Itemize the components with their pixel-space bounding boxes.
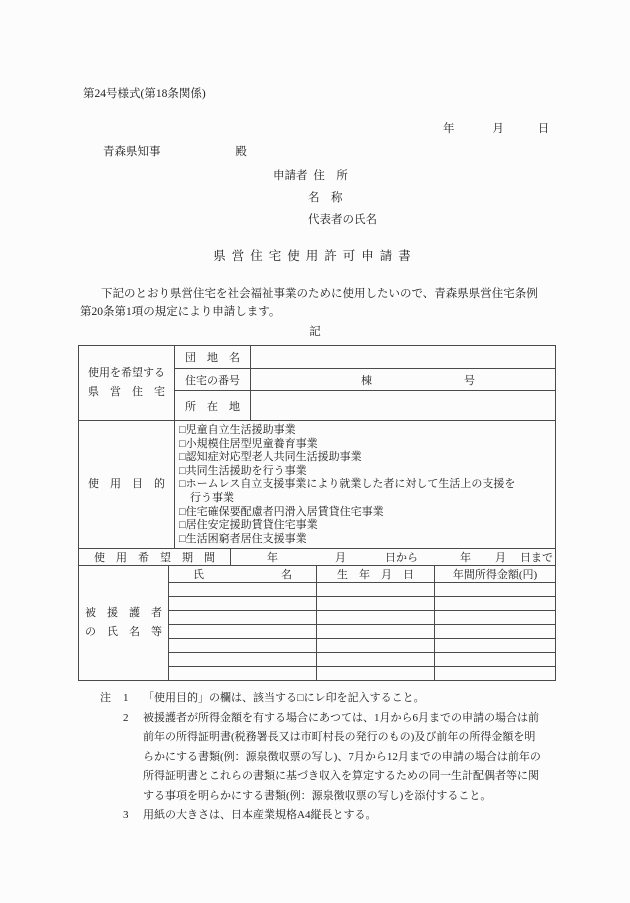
purpose-option-label: 認知症対応型老人共同生活援助事業 (186, 451, 362, 463)
beneficiary-name-cell (169, 639, 317, 652)
note-line: 前年の所得証明書(税務署長又は市町村長の発行のもの)及び前年の所得金額を明 (143, 728, 630, 748)
period-from-month-label: 月 (335, 549, 346, 565)
purpose-section: 使 用 目 的 □児童自立生活援助事業 □小規模住居型児童養育事業 □認知症対応… (79, 421, 555, 549)
location-row: 所 在 地 (175, 390, 555, 420)
date-line: 年 月 日 (443, 120, 630, 136)
purpose-option-label: 児童自立生活援助事業 (186, 424, 296, 436)
applicant-representative-label: 代表者の氏名 (308, 211, 630, 227)
beneficiary-row (169, 582, 555, 596)
checkbox-icon: □ (179, 519, 186, 531)
birthdate-column-header: 生 年 月 日 (317, 566, 435, 582)
period-from-day-label: 日から (385, 549, 418, 565)
beneficiary-birthdate-cell (317, 667, 435, 680)
beneficiary-income-cell (435, 611, 555, 624)
estate-name-label: 団 地 名 (175, 346, 251, 368)
body-paragraph-line2: 第20条第1項の規定により申請します。 (80, 303, 630, 321)
beneficiary-income-cell (435, 639, 555, 652)
purpose-option-label: 住宅確保要配慮者円滑入居賃貸住宅事業 (186, 506, 384, 518)
form-number: 第24号様式(第18条関係) (83, 85, 630, 101)
body-paragraph: 下記のとおり県営住宅を社会福祉事業のために使用したいので、青森県県営住宅条例 第… (80, 285, 630, 321)
period-to-month-label: 月 (495, 549, 506, 565)
period-to-year-label: 年 (460, 549, 471, 565)
applicant-name-label: 名 称 (308, 189, 630, 205)
purpose-option-continuation: 行う事業 (179, 492, 551, 506)
housing-number-label: 住宅の番号 (175, 369, 251, 390)
note-line: 「使用目的」の欄は、該当する□にレ印を記入すること。 (143, 689, 630, 709)
note-item-2: 2 被援護者が所得金額を有する場合にあつては、1月から6月までの申請の場合は前 … (100, 709, 630, 807)
purpose-option-label: 共同生活援助を行う事業 (186, 465, 307, 477)
beneficiary-row (169, 666, 555, 680)
applicant-address-line: 申請者 住 所 (273, 167, 630, 183)
beneficiary-row (169, 624, 555, 638)
location-label: 所 在 地 (175, 391, 251, 420)
unit-number-label: 号 (464, 372, 475, 388)
housing-section-rows: 団 地 名 住宅の番号 棟 号 所 在 地 (175, 346, 555, 420)
beneficiary-birthdate-cell (317, 625, 435, 638)
beneficiaries-grid: 氏 名 生 年 月 日 年間所得金額(円) (169, 566, 555, 680)
beneficiary-income-cell (435, 597, 555, 610)
beneficiaries-label-line2: の 氏 名 等 (85, 623, 162, 642)
beneficiary-birthdate-cell (317, 611, 435, 624)
beneficiary-row (169, 638, 555, 652)
note-line: 用紙の大きさは、日本産業規格A4縦長とする。 (143, 806, 630, 826)
purpose-option: □認知症対応型老人共同生活援助事業 (179, 451, 551, 465)
applicant-label: 申請者 (273, 170, 308, 182)
beneficiaries-section-label: 被 援 護 者 の 氏 名 等 (79, 566, 169, 680)
checkbox-icon: □ (179, 478, 186, 490)
beneficiary-income-cell (435, 653, 555, 666)
estate-name-field (251, 346, 555, 368)
purpose-options: □児童自立生活援助事業 □小規模住居型児童養育事業 □認知症対応型老人共同生活援… (175, 421, 555, 548)
purpose-option: □共同生活援助を行う事業 (179, 465, 551, 479)
purpose-section-label: 使 用 目 的 (79, 421, 175, 548)
beneficiary-name-cell (169, 597, 317, 610)
period-section: 使 用 希 望 期 間 年 月 日から 年 月 日まで (79, 549, 555, 566)
income-column-header: 年間所得金額(円) (435, 566, 555, 582)
note-line: 被援護者が所得金額を有する場合にあつては、1月から6月までの申請の場合は前 (143, 709, 630, 729)
beneficiary-birthdate-cell (317, 583, 435, 596)
purpose-option-label: ホームレス自立支援事業により就業した者に対して生活上の支援を (186, 478, 516, 490)
purpose-option-label: 小規模住居型児童養育事業 (186, 438, 318, 450)
housing-section-label-line2: 県 営 住 宅 (88, 383, 165, 402)
beneficiary-row (169, 610, 555, 624)
beneficiary-income-cell (435, 583, 555, 596)
page-title: 県営住宅使用許可申請書 (0, 246, 630, 264)
beneficiary-row (169, 596, 555, 610)
beneficiary-row (169, 652, 555, 666)
note-line: する事項を明らかにする書類(例：源泉徴収票の写し)を添付すること。 (143, 787, 630, 807)
estate-name-row: 団 地 名 (175, 346, 555, 368)
checkbox-icon: □ (179, 506, 186, 518)
location-field (251, 391, 555, 420)
beneficiary-birthdate-cell (317, 653, 435, 666)
body-paragraph-line1: 下記のとおり県営住宅を社会福祉事業のために使用したいので、青森県県営住宅条例 (80, 285, 630, 303)
beneficiary-name-cell (169, 667, 317, 680)
list-heading: 記 (0, 323, 630, 339)
beneficiary-name-cell (169, 583, 317, 596)
building-label: 棟 (361, 372, 372, 388)
day-label: 日 (538, 123, 550, 135)
note-line: 所得証明書とこれらの書類に基づき収入を算定するための同一生計配偶者等に関 (143, 767, 630, 787)
period-to-day-label: 日まで (520, 549, 553, 565)
beneficiaries-section: 被 援 護 者 の 氏 名 等 氏 名 生 年 月 日 年間所得金額(円) (79, 566, 555, 680)
housing-section-label-line1: 使用を希望する (88, 364, 165, 383)
note-text: 「使用目的」の欄は、該当する□にレ印を記入すること。 (143, 689, 630, 709)
addressee-name: 青森県知事 (103, 146, 161, 158)
purpose-option: □小規模住居型児童養育事業 (179, 438, 551, 452)
application-table: 使用を希望する 県 営 住 宅 団 地 名 住宅の番号 棟 号 所 在 地 (78, 345, 556, 681)
beneficiaries-header-row: 氏 名 生 年 月 日 年間所得金額(円) (169, 566, 555, 582)
purpose-option: □児童自立生活援助事業 (179, 424, 551, 438)
beneficiary-name-cell (169, 625, 317, 638)
note-text: 用紙の大きさは、日本産業規格A4縦長とする。 (143, 806, 630, 826)
housing-section: 使用を希望する 県 営 住 宅 団 地 名 住宅の番号 棟 号 所 在 地 (79, 346, 555, 421)
applicant-block: 申請者 住 所 名 称 代表者の氏名 (273, 167, 630, 227)
name-column-header: 氏 名 (169, 566, 317, 582)
purpose-option-label: 生活困窮者居住支援事業 (186, 533, 307, 545)
note-item-1: 注 1 「使用目的」の欄は、該当する□にレ印を記入すること。 (100, 689, 630, 709)
beneficiary-birthdate-cell (317, 597, 435, 610)
beneficiary-birthdate-cell (317, 639, 435, 652)
beneficiary-name-cell (169, 611, 317, 624)
period-from-year-label: 年 (267, 549, 278, 565)
notes-section: 注 1 「使用目的」の欄は、該当する□にレ印を記入すること。 2 被援護者が所得… (100, 689, 630, 826)
purpose-option: □生活困窮者居住支援事業 (179, 533, 551, 547)
note-text: 被援護者が所得金額を有する場合にあつては、1月から6月までの申請の場合は前 前年… (143, 709, 630, 807)
purpose-option: □居住安定援助賃貸住宅事業 (179, 519, 551, 533)
note-number: 1 (123, 689, 143, 709)
note-line: らかにする書類(例：源泉徴収票の写し)、7月から12月までの申請の場合は前年の (143, 748, 630, 768)
addressee-line: 青森県知事 殿 (103, 143, 630, 159)
beneficiaries-label-line1: 被 援 護 者 (85, 604, 162, 623)
period-field: 年 月 日から 年 月 日まで (231, 549, 555, 565)
note-item-3: 3 用紙の大きさは、日本産業規格A4縦長とする。 (100, 806, 630, 826)
checkbox-icon: □ (179, 424, 186, 436)
checkbox-icon: □ (179, 533, 186, 545)
purpose-option: □ホームレス自立支援事業により就業した者に対して生活上の支援を (179, 478, 551, 492)
year-label: 年 (443, 123, 455, 135)
checkbox-icon: □ (179, 465, 186, 477)
housing-number-field: 棟 号 (251, 369, 555, 390)
period-section-label: 使 用 希 望 期 間 (79, 549, 231, 565)
addressee-honorific: 殿 (235, 146, 247, 158)
note-number: 3 (123, 806, 143, 826)
checkbox-icon: □ (179, 451, 186, 463)
beneficiary-income-cell (435, 667, 555, 680)
housing-number-row: 住宅の番号 棟 号 (175, 368, 555, 390)
document-page: 第24号様式(第18条関係) 年 月 日 青森県知事 殿 申請者 住 所 名 称… (0, 0, 630, 903)
purpose-option: □住宅確保要配慮者円滑入居賃貸住宅事業 (179, 506, 551, 520)
month-label: 月 (492, 123, 504, 135)
applicant-address-label: 住 所 (313, 170, 348, 182)
beneficiary-name-cell (169, 653, 317, 666)
beneficiary-income-cell (435, 625, 555, 638)
checkbox-icon: □ (179, 438, 186, 450)
notes-heading: 注 (100, 689, 123, 709)
note-number: 2 (123, 709, 143, 729)
purpose-option-label: 居住安定援助賃貸住宅事業 (186, 519, 318, 531)
housing-section-label: 使用を希望する 県 営 住 宅 (79, 346, 175, 420)
